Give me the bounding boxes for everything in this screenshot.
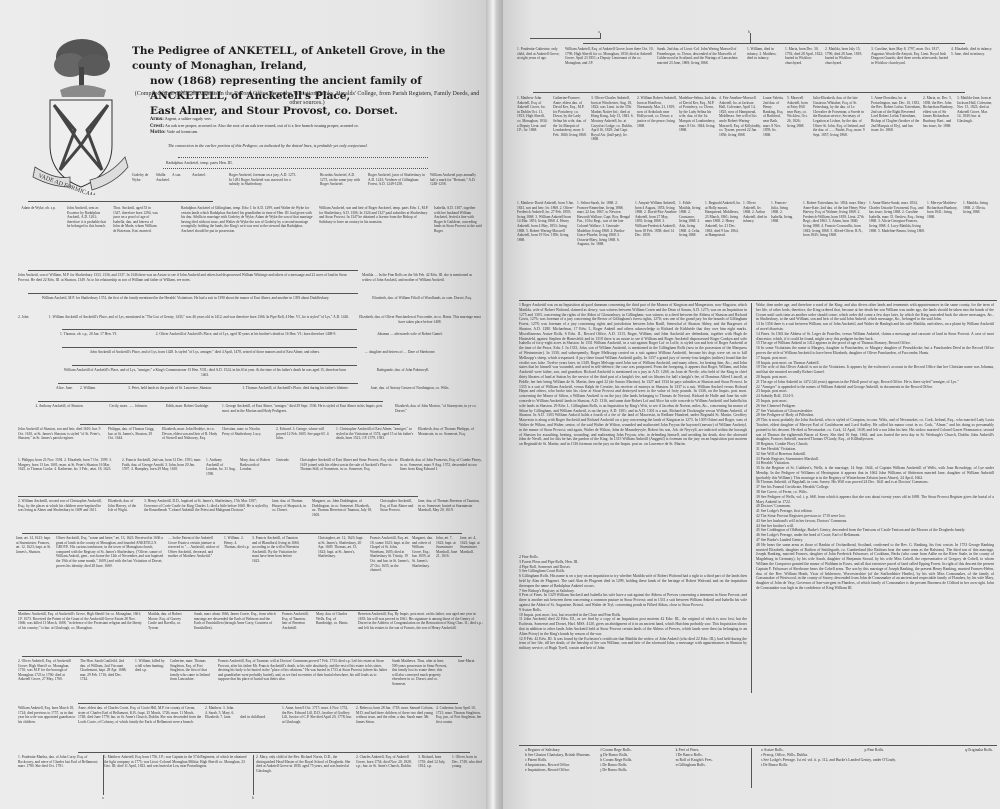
pedigree-entry: Anne, eldest dau. of Charles Coote, Esq.…	[78, 706, 202, 724]
pedigree-entry: Ancketel.	[192, 173, 206, 178]
pedigree-entry: 4. Fitz-Ameline-Maxwell Anketell, bo. at…	[719, 96, 761, 137]
pedigree-entry: 2. Matthew. 3. John. 4. Sarah. 5. Mary. …	[205, 706, 237, 720]
descent-line	[78, 752, 470, 753]
pedigree-entry: Sarah Matthews. Thus, after at least 500…	[392, 659, 448, 687]
descent-line	[22, 533, 462, 534]
footnote: 12 8 Feb. 42 Edw. III. It was found by t…	[519, 637, 747, 651]
pedigree-entry: 1. George Ancketill, of East Almer, "arm…	[222, 404, 390, 413]
pedigree-entry: Mary, dau. of Robert Baskworth of London…	[240, 458, 270, 472]
pedigree-entry: Jane, dau. of Thomas Hussey of Shapwick,…	[272, 499, 308, 513]
pedigree-entry: 1. Anne, born 8 Oct. 1717; marr. 4 Nov. …	[282, 706, 352, 724]
pedigree-entry: 1. Frances-Julia, living 1868. 2. Isabel…	[771, 201, 793, 224]
pedigree-entry: Francis Anckettill, Esq. æt. 18, sonne 1…	[370, 536, 410, 573]
pedigree-entry: 4. Catherine, born April 10, 1721; marr.…	[436, 706, 484, 724]
pedigree-entry: Francis Anckettill, Esq. of Taunton, hei…	[282, 612, 312, 630]
pedigree-entry: Christopher, æt. 12, 1623; bapt. at St. …	[318, 536, 366, 559]
source-entry: q Originalia Rolls.	[965, 748, 993, 753]
pedigree-entry: A son.	[172, 173, 182, 178]
pedigree-entry: 2. John	[18, 315, 36, 320]
pedigree-entry: Roger Ancketel, foreman on a jury, A.D. …	[229, 173, 299, 187]
pedigree-entry: Ricardus Ancketel, A.D. 1273, on the sam…	[320, 173, 364, 187]
pedigree-entry: 2. Anthony Ancketill, of Shaston.	[22, 404, 97, 409]
sources-right: o Assize Rolls. p Fine Rolls. q Original…	[761, 748, 993, 768]
pedigree-entry: 2. Mary, only child of the Rev. Richard …	[256, 755, 352, 773]
pedigree-entry: Isabella, A.D. 1307, together with her h…	[434, 206, 482, 234]
pedigree-entry: Catherine-Frances-Anne, eldest dau. of D…	[553, 96, 589, 137]
pedigree-entry: Elizabeth, dau. of Oliver Puncharden of …	[358, 315, 482, 324]
descent-line	[28, 270, 358, 271]
pedigree-entry: Matthew Anckettill, Esq. of Anckettill's…	[18, 612, 144, 630]
descent-line	[253, 755, 254, 795]
pedigree-entry: Oliver Ancketill, Esq. "sonne and heire;…	[56, 536, 166, 568]
pedigree-entry: 2. William Robert Anketell, born at Honf…	[637, 96, 677, 128]
pedigree-entry: 1. Matthew-John Anketell, Esq. of Ankete…	[517, 96, 549, 133]
pedigree-entry: The Hon. Sarah Caulfeild, 2nd dau. of Wi…	[80, 659, 130, 682]
footnote: 13 In 1356 there is a suit between Willi…	[756, 322, 994, 332]
pedigree-entry: Laura-Valetta, 2nd dau. of Henry Ranking…	[763, 96, 785, 137]
descent-line	[28, 201, 213, 202]
pedigree-entry: 1. Mervyn-Matthew-Richardson Bunbury, bo…	[927, 201, 959, 219]
pedigree-entry: Francis Anckettill, Esq. of Taunton; wil…	[218, 659, 388, 682]
pedigree-entry: 1. William, died in infancy. 2. Matthew,…	[747, 47, 781, 61]
pedigree-entry: Brereton Anckettill, Esq. By Inquis. pos…	[358, 612, 484, 630]
pedigree-entry: Christopher Ancketill of East Almer and …	[300, 458, 398, 472]
footnote: 14 Fines. In 1363 the Abbess of St. Lege…	[756, 332, 994, 342]
dotted-connector	[178, 157, 428, 158]
pedigree-entry: Godefry de Wyke.	[132, 173, 154, 182]
pedigree-entry: Jane, dau. of Thomas Brereton of Taunton…	[418, 499, 482, 513]
column-divider	[751, 303, 752, 693]
footnote: 21 The age of John Ankettil in 1472 (44 …	[756, 380, 994, 385]
pedigree-entry: Jane, dau. of Antony Gawen of Northingto…	[365, 386, 455, 391]
column-divider	[751, 748, 752, 788]
descent-line	[38, 401, 383, 402]
pedigree-entry: Gertrude.	[276, 458, 298, 463]
descent-line	[78, 703, 458, 704]
pedigree-entry: 1. Oliver Anketell, liv. 1868. 2. Arthur…	[743, 201, 769, 224]
pedigree-entry: 1. Philippa, born 23 Nov. 1594. 2. Eliza…	[18, 458, 114, 472]
footnote: 11 John Anckettil died 22 Edw. III., as …	[519, 617, 747, 636]
footnote: 48 He bears the same arms as those of Ra…	[756, 543, 994, 591]
pedigree-entry: 1. Reginald Anketell, bo. at Holly mount…	[705, 201, 741, 238]
dotted-connector	[163, 168, 428, 169]
footnote: 29 This is most probably the John Ancket…	[756, 418, 994, 442]
pedigree-entry: 1. Selina-Sarah, liv. 1868. 2. Frances-E…	[577, 201, 631, 247]
pedigree-entry: 1. Oliver, born in Dec. 1749, who died y…	[452, 755, 482, 769]
pedigree-entry: Margaret, dau. and coheir of William Gro…	[412, 536, 434, 568]
pedigree-entry: 1. Christopher Ancketill of East Almer, …	[336, 427, 414, 441]
pedigree-entry: Madeline-Selina, 2nd dau. of David Ker, …	[679, 96, 717, 133]
pedigree-entry: 3. Oliver-Charles Anketell, born at Winc…	[591, 96, 635, 142]
book-spine	[486, 0, 504, 809]
pedigree-entry: 1. William Ancketill of Ancketill's Plac…	[44, 315, 354, 320]
footnotes-column-left: 1 Roger Anckettil was on an Inquisition …	[519, 303, 747, 553]
pedigree-entry: 3. Francis Ancketill, of Taunton and of …	[252, 536, 300, 564]
pedigree-entry: Matilda, dau. of Robert Moore, Esq. of G…	[148, 612, 190, 630]
source-entry: t De Banco Rolls.	[761, 763, 993, 768]
pedigree-entry: Christopher Ancketill, Esq. of East Alme…	[380, 499, 414, 513]
pedigree-entry: Elizabeth, dau. of John Francesis, Esq. …	[400, 458, 484, 472]
pedigree-entry: Jane-Maria.	[458, 659, 484, 664]
pedigree-entry: John Ancketill of Ancketill's Place, and…	[60, 350, 350, 355]
pedigree-entry: 3. Richard, born 1755; died 12 July, 181…	[418, 755, 448, 769]
pedigree-entry: .... In the Patent of the Anketell Grove…	[168, 536, 220, 559]
footnotes-column-left-cont: 2 Fine Rolls. 3 Forest Pleas and Pipe Ro…	[519, 555, 747, 695]
pedigree-entry: Sarah, marr. about 1666, James Corrie, E…	[194, 612, 276, 630]
crest-label: Crest:	[150, 123, 164, 128]
descent-line	[62, 329, 357, 330]
pedigree-entry: 2. William Ancketill, second son of Chri…	[18, 499, 103, 513]
pedigree-entry: 3. Caroline, born May 8, 1797, marr. Oct…	[871, 47, 949, 65]
descent-line	[28, 293, 358, 294]
pedigree-entry: .... daughter and heiress of .... Dare o…	[355, 350, 445, 355]
pedigree-entry: William Ancketel pays annually half a ma…	[430, 173, 480, 187]
pedigree-entry: Elizabeth, dau. of John Morton, "of Stur…	[395, 404, 483, 413]
pedigree-entry: John, æt. 7, 1623; bapt. at Sturminster …	[436, 536, 458, 559]
descent-line	[72, 365, 357, 366]
pedigree-entry: John Ancketill of Shaston, son and heir,…	[18, 427, 105, 441]
pedigree-entry: Radegunde, dau. of John Pakenwyll.	[368, 368, 438, 373]
pedigree-entry: 1. Amyatt-William Anketell, born 4 Augus…	[635, 201, 677, 238]
pedigree-entry: 1. William. 2. Henry. 4. Thomas, died s.…	[224, 536, 250, 550]
motto-label: Motto:	[150, 129, 166, 134]
footnotes-column-right: Wake, then under age, and therefore a wa…	[756, 303, 994, 693]
pedigree-entry: 1. Anne-Dorothea, bo. at Portarlington, …	[871, 96, 921, 133]
pedigree-entry: William Ancketill of Ancketill's Place, …	[60, 368, 350, 377]
pedigree-entry: 3. Matilda-Jane, born at Jackson Hall, C…	[957, 96, 993, 124]
pedigree-entry: 1. Matthew Anketell, Esq. born 1756, J.P…	[104, 755, 250, 769]
pedigree-entry: Edith, marr. Robert Gudridge.	[160, 404, 215, 409]
pedigree-entry: Julia-Elizabeth, dau. of the late Gustav…	[813, 96, 869, 137]
descent-line	[80, 424, 400, 425]
pedigree-entry: Adam de Wyke, ob. s.p.	[16, 206, 61, 211]
arms-label: Arms:	[150, 116, 164, 121]
pedigree-entry: 1. Matilda, living 1868. 2. Olivia, livi…	[963, 201, 993, 215]
conjecture-note: The connection in the earlier portion of…	[168, 143, 468, 148]
descent-line	[103, 755, 104, 795]
pedigree-entry: 1. Edith-Matilda, living 1868. 2. Consta…	[679, 201, 701, 238]
pedigree-entry: 3. Peter, held lands in the parish of St…	[120, 386, 220, 391]
pedigree-entry: 2. Edward. 3. George, whose will proved …	[276, 427, 330, 441]
pedigree-entry: 1. Thomas, ob. s.p., 20 Jan. 17 Hen. VI.	[60, 332, 130, 337]
pedigree-entry: 2. William.	[80, 386, 115, 391]
pedigree-entry: Margaret, ux. John Doddington, of Doddin…	[312, 499, 374, 517]
pedigree-entry: Matilda .... In the Fine Rolls on the 5t…	[362, 273, 482, 282]
pedigree-entry: 2. Rebecca, born 28 Jan. 1718; marr. Sam…	[356, 706, 434, 724]
pedigree-entry: 2. Oliver Anketell, Esq. of Anckettill G…	[18, 659, 76, 682]
pedigree-entry: Elizabeth, dau. of William Filioll of Wo…	[362, 296, 482, 301]
pedigree-entry: Roger Ancketel, juror of Shaftesbury in …	[368, 173, 426, 187]
heraldry-block: Arms: Argent, a saltire raguly vert. Cre…	[150, 116, 480, 136]
pedigree-entry: Thos. Ancketil, aged 53 in 1347, therefo…	[113, 206, 158, 234]
pedigree-entry: 1. Prudentia-Martha, dau. of John Corry,…	[18, 755, 100, 769]
pedigree-entry: William Anketell, Esq. born March 18, 17…	[18, 706, 76, 724]
pedigree-entry: Catherine, marr. Thomas Singleton, Esq. …	[170, 659, 212, 682]
pedigree-entry: 1. William, killed by a fall when huntin…	[135, 659, 165, 673]
source-entry: j De Banco Rolls.	[600, 768, 671, 773]
pedigree-entry: 3. Henry Ancketill, D.D., baptised at St…	[144, 499, 270, 513]
footnote: 19 The wife of this Oliver Ankctil is no…	[756, 365, 994, 375]
subtitle: (Compiled from public documents in the R…	[132, 90, 482, 108]
descent-line	[18, 610, 398, 611]
pedigree-entry: Alice. Jane.	[56, 386, 74, 391]
source-entry: n Gillingham Rolls.	[676, 763, 747, 768]
connector-mark: b	[252, 796, 254, 801]
descent-line	[530, 38, 600, 39]
pedigree-entry: 1. Matthew-David Anketell, born 5 Jan. 1…	[517, 201, 575, 242]
connector-mark: a	[102, 796, 104, 801]
arms-text: Argent, a saltire raguly vert.	[165, 116, 212, 121]
pedigree-entry: 2. Francis Ancketill, 2nd son, born 31 D…	[122, 458, 202, 472]
descent-line	[533, 92, 965, 93]
footnote: 39 See Pedigree of Wells, vol. i. p. 668…	[756, 495, 994, 505]
pedigree-entry: Jane, æt. 4, 1623; bapt. at Sturminster …	[460, 536, 482, 554]
descent-line	[583, 43, 965, 44]
crest-text: An oak tree proper, acorned or. Also the…	[165, 123, 359, 128]
pedigree-entry: died in childhood.	[240, 715, 270, 720]
descent-line	[18, 496, 418, 497]
descent-line	[750, 33, 751, 43]
divider	[519, 300, 997, 301]
pedigree-entry: William Ancketil, M.P. for Shaftesbury 1…	[18, 296, 353, 301]
pedigree-entry: Elizabeth, marr. John Hoddye, in co. Dev…	[162, 427, 218, 441]
pedigree-entry: Elizabeth, dau. of John Harvey, of the I…	[108, 499, 140, 513]
pedigree-entry: Philippa, dau. of Thomas Grigg, bur. at …	[108, 427, 158, 441]
pedigree-entry: Christian, marr. to Nicolas Perry of Sha…	[222, 427, 268, 436]
pedigree-entry: John Ancketil, son of William, M.P. for …	[18, 273, 358, 282]
descent-line	[62, 347, 357, 348]
pedigree-entry: Sibilla Ancketel.	[156, 173, 170, 182]
pedigree-entry: 2. Maria, m. Dec. 5, 1838, the Rev. John…	[923, 96, 955, 128]
pedigree-entry: 5. Maxwell Anketell, born at Fairy Hill …	[787, 96, 809, 128]
pedigree-entry: John Ancketil, sent as Escaetor by Radul…	[67, 206, 107, 229]
pedigree-entry: William Ancketel, son and heir of Roger …	[319, 206, 429, 224]
footnote: 6 Gillingham Rolls. His name is on a jur…	[519, 574, 747, 588]
pedigree-entry: Elizabeth, dau. of Thomas Phelipps, of M…	[418, 427, 482, 436]
descent-line	[600, 33, 601, 39]
right-page: a b 1. Prudentia-Catherine, only child, …	[503, 0, 1000, 809]
coat-of-arms-icon: VADE AD FORMICAM	[30, 35, 130, 195]
pedigree-entry: 1. Anthony Ancketill of London, bo. 31 A…	[206, 458, 236, 476]
pedigree-entry: 1. Anna-Maria-Sarah, marr. 1834, Charles…	[869, 201, 925, 233]
motto-text: Vade ad formicam.	[167, 129, 199, 134]
footnote: 16 In some Visitations the name is Marge…	[756, 346, 994, 356]
pedigree-entry: 1. Prudentia-Catherine, only child, died…	[517, 47, 561, 61]
pedigree-entry: 2. Oliver Ancketill of Ancketill's Place…	[136, 332, 356, 337]
divider	[519, 745, 997, 746]
pedigree-entry: Radulphus Ancketel, temp. paris Hen. III…	[166, 161, 326, 166]
pedigree-entry: 2. Charles Anketell, Esq. of Anketell Gr…	[356, 755, 414, 769]
pedigree-entry: 1. Robert-Tottenham, bo. 1834; marr. Mar…	[803, 201, 867, 238]
left-page: VADE AD FORMICAM The Pedigree of ANKETEL…	[0, 0, 488, 809]
footnote: 1 Roger Anckettil was on an Inquisition …	[519, 303, 747, 447]
source-entry: p Fine Rolls.	[865, 748, 885, 753]
pedigree-entry: Jane, æt. 14, 1623; bapt. at Sturminster…	[16, 536, 54, 554]
pedigree-entry: Radulphus Ancketel of Gillingham, temp. …	[181, 206, 314, 234]
footnote: 8 Feet of Fines. In 1329 William Ancketi…	[519, 593, 747, 607]
pedigree-entry: 4. Elizabeth, died in infancy. 5. Jane, …	[951, 47, 993, 56]
title-line-1: The Pedigree of ANKETELL, of Anketell Gr…	[132, 44, 482, 74]
pedigree-entry: 2. Matilda, born July 15, 1796; died 28 …	[825, 47, 867, 65]
sources-left: a Register of Salisbury. b See Glaston C…	[525, 748, 747, 773]
descent-line	[22, 656, 462, 657]
footnote: Wake, then under age, and therefore a wa…	[756, 303, 994, 322]
pedigree-entry: Johanna .... afterwards wife of Robert G…	[360, 332, 460, 337]
footnote: 35 In the Register of St. Cuthbert's, We…	[756, 466, 994, 480]
pedigree-entry: 1. Thomas Ancketill, of Ancketill's Plac…	[228, 386, 363, 391]
source-entry: e Inquisitions, Record Office.	[525, 768, 596, 773]
pedigree-entry: Cecily, marr. ...... Johnson.	[106, 404, 151, 409]
pedigree-entry: Mary, dau. of Charles Wells, Esq. of Bam…	[316, 612, 350, 626]
pedigree-entry: William Anketell, Esq. of Anketell Grove…	[565, 47, 655, 65]
pedigree-entry: Sarah, 2nd dau. of Lieut.-Col. John Wari…	[657, 47, 743, 65]
descent-line	[58, 383, 358, 384]
pedigree-entry: 1. Maria, born Dec. 30, 1792; died 28 Ap…	[785, 47, 825, 65]
